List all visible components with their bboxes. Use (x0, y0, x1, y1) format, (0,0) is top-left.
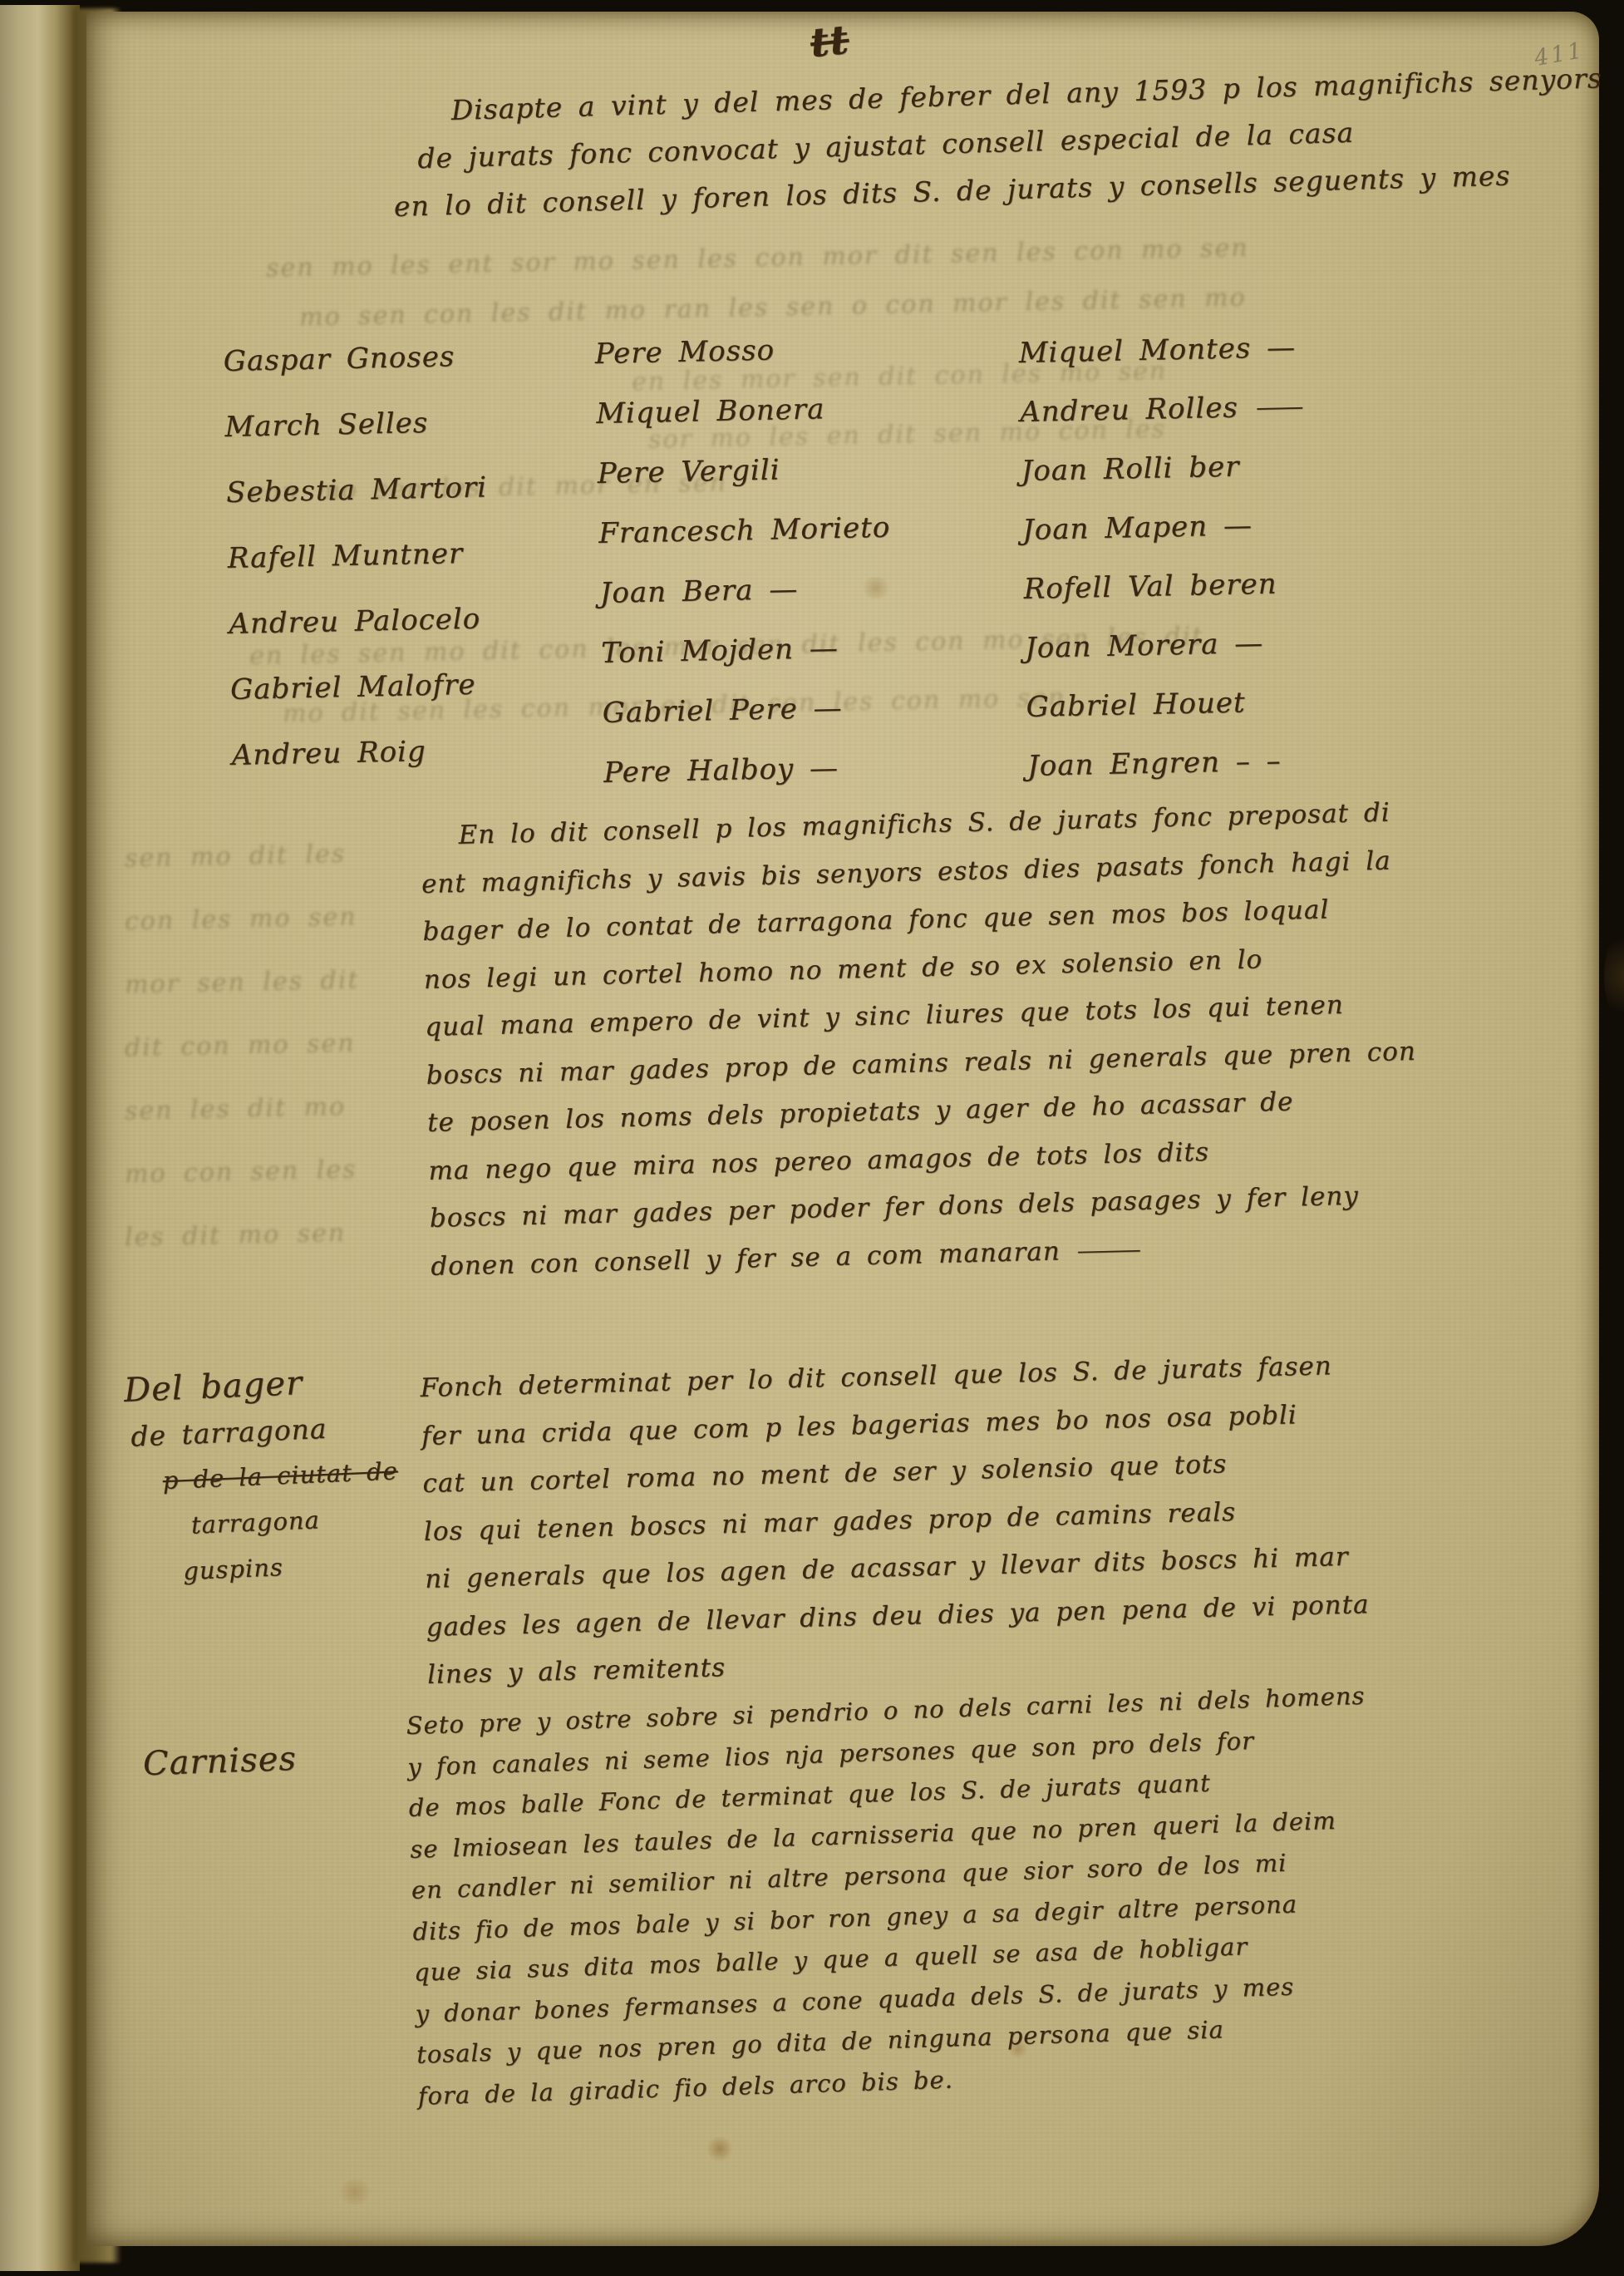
ghost-line: sen les dit mo (125, 1091, 400, 1126)
ink-stain (706, 2136, 734, 2161)
ghost-line: mo con sen les (125, 1155, 391, 1190)
attendee-name: Sebestia Martori (225, 455, 488, 526)
attendee-name: Gabriel Malofre (229, 652, 492, 723)
attendee-name: Andreu Roig (231, 717, 494, 789)
attendee-name: Pere Vergili (597, 438, 889, 504)
ghost-line: con les mo sen (125, 902, 391, 937)
attendee-name: Joan Engren – – (1026, 732, 1310, 796)
bager-resolution-paragraph: Fonch determinat per lo dit consell que … (420, 1342, 1371, 1699)
ghost-line: dit con mo sen (125, 1028, 391, 1063)
council-proposal-paragraph: En lo dit consell p los magnifichs S. de… (420, 789, 1421, 1291)
attendee-name: Joan Mapen — (1021, 495, 1305, 560)
attendee-name: Rofell Val beren (1023, 554, 1307, 619)
attendee-name: Joan Bera — (599, 558, 892, 623)
attendee-name: Joan Morera — (1024, 613, 1307, 678)
attendee-name: Pere Halboy — (603, 737, 896, 803)
attendee-name: Gabriel Pere — (602, 677, 894, 743)
carnisses-resolution-paragraph: Seto pre y ostre sobre si pendrio o no d… (406, 1676, 1377, 2117)
margin-note-carnisses: Carnises (142, 1740, 297, 1783)
attendee-name: Miquel Montes — (1018, 318, 1302, 383)
manuscript-scan: sen mo les ent sor mo sen les con mor di… (0, 0, 1624, 2276)
foxing-spot (336, 2180, 374, 2205)
attendee-name: March Selles (224, 389, 487, 461)
attendee-name: Toni Mojden — (601, 618, 893, 683)
edge-smudge (1604, 926, 1624, 1026)
attendee-name: Miquel Bonera (596, 378, 888, 444)
ghost-line: mor sen les dit (125, 965, 400, 1000)
attendee-name: Gaspar Gnoses (223, 323, 485, 395)
margin-note-line: guspins (182, 1540, 402, 1594)
margin-note-bager: Del bagerde tarragonap de la ciutat deta… (123, 1357, 402, 1596)
notarial-tt-mark: tt (808, 17, 851, 67)
ghost-line: les dit mo sen (125, 1218, 400, 1253)
attendee-column-3: Miquel Montes —Andreu Rolles ⸺Joan Rolli… (1018, 318, 1311, 796)
attendee-name: Andreu Rolles ⸺ (1019, 377, 1302, 442)
book-page-stack-edge (0, 5, 80, 2271)
attendee-name: Francesch Morieto (598, 498, 891, 564)
attendee-name: Joan Rolli ber (1021, 436, 1304, 501)
attendee-name: Andreu Palocelo (229, 586, 491, 658)
attendee-name: Rafell Muntner (227, 520, 490, 592)
attendee-name: Pere Mosso (594, 318, 887, 384)
attendee-column-2: Pere MossoMiquel BoneraPere VergiliFranc… (594, 318, 896, 803)
attendee-column-1: Gaspar GnosesMarch SellesSebestia Martor… (223, 323, 493, 788)
ghost-line: sen mo dit les (125, 839, 400, 874)
attendee-name: Gabriel Houet (1026, 672, 1309, 737)
